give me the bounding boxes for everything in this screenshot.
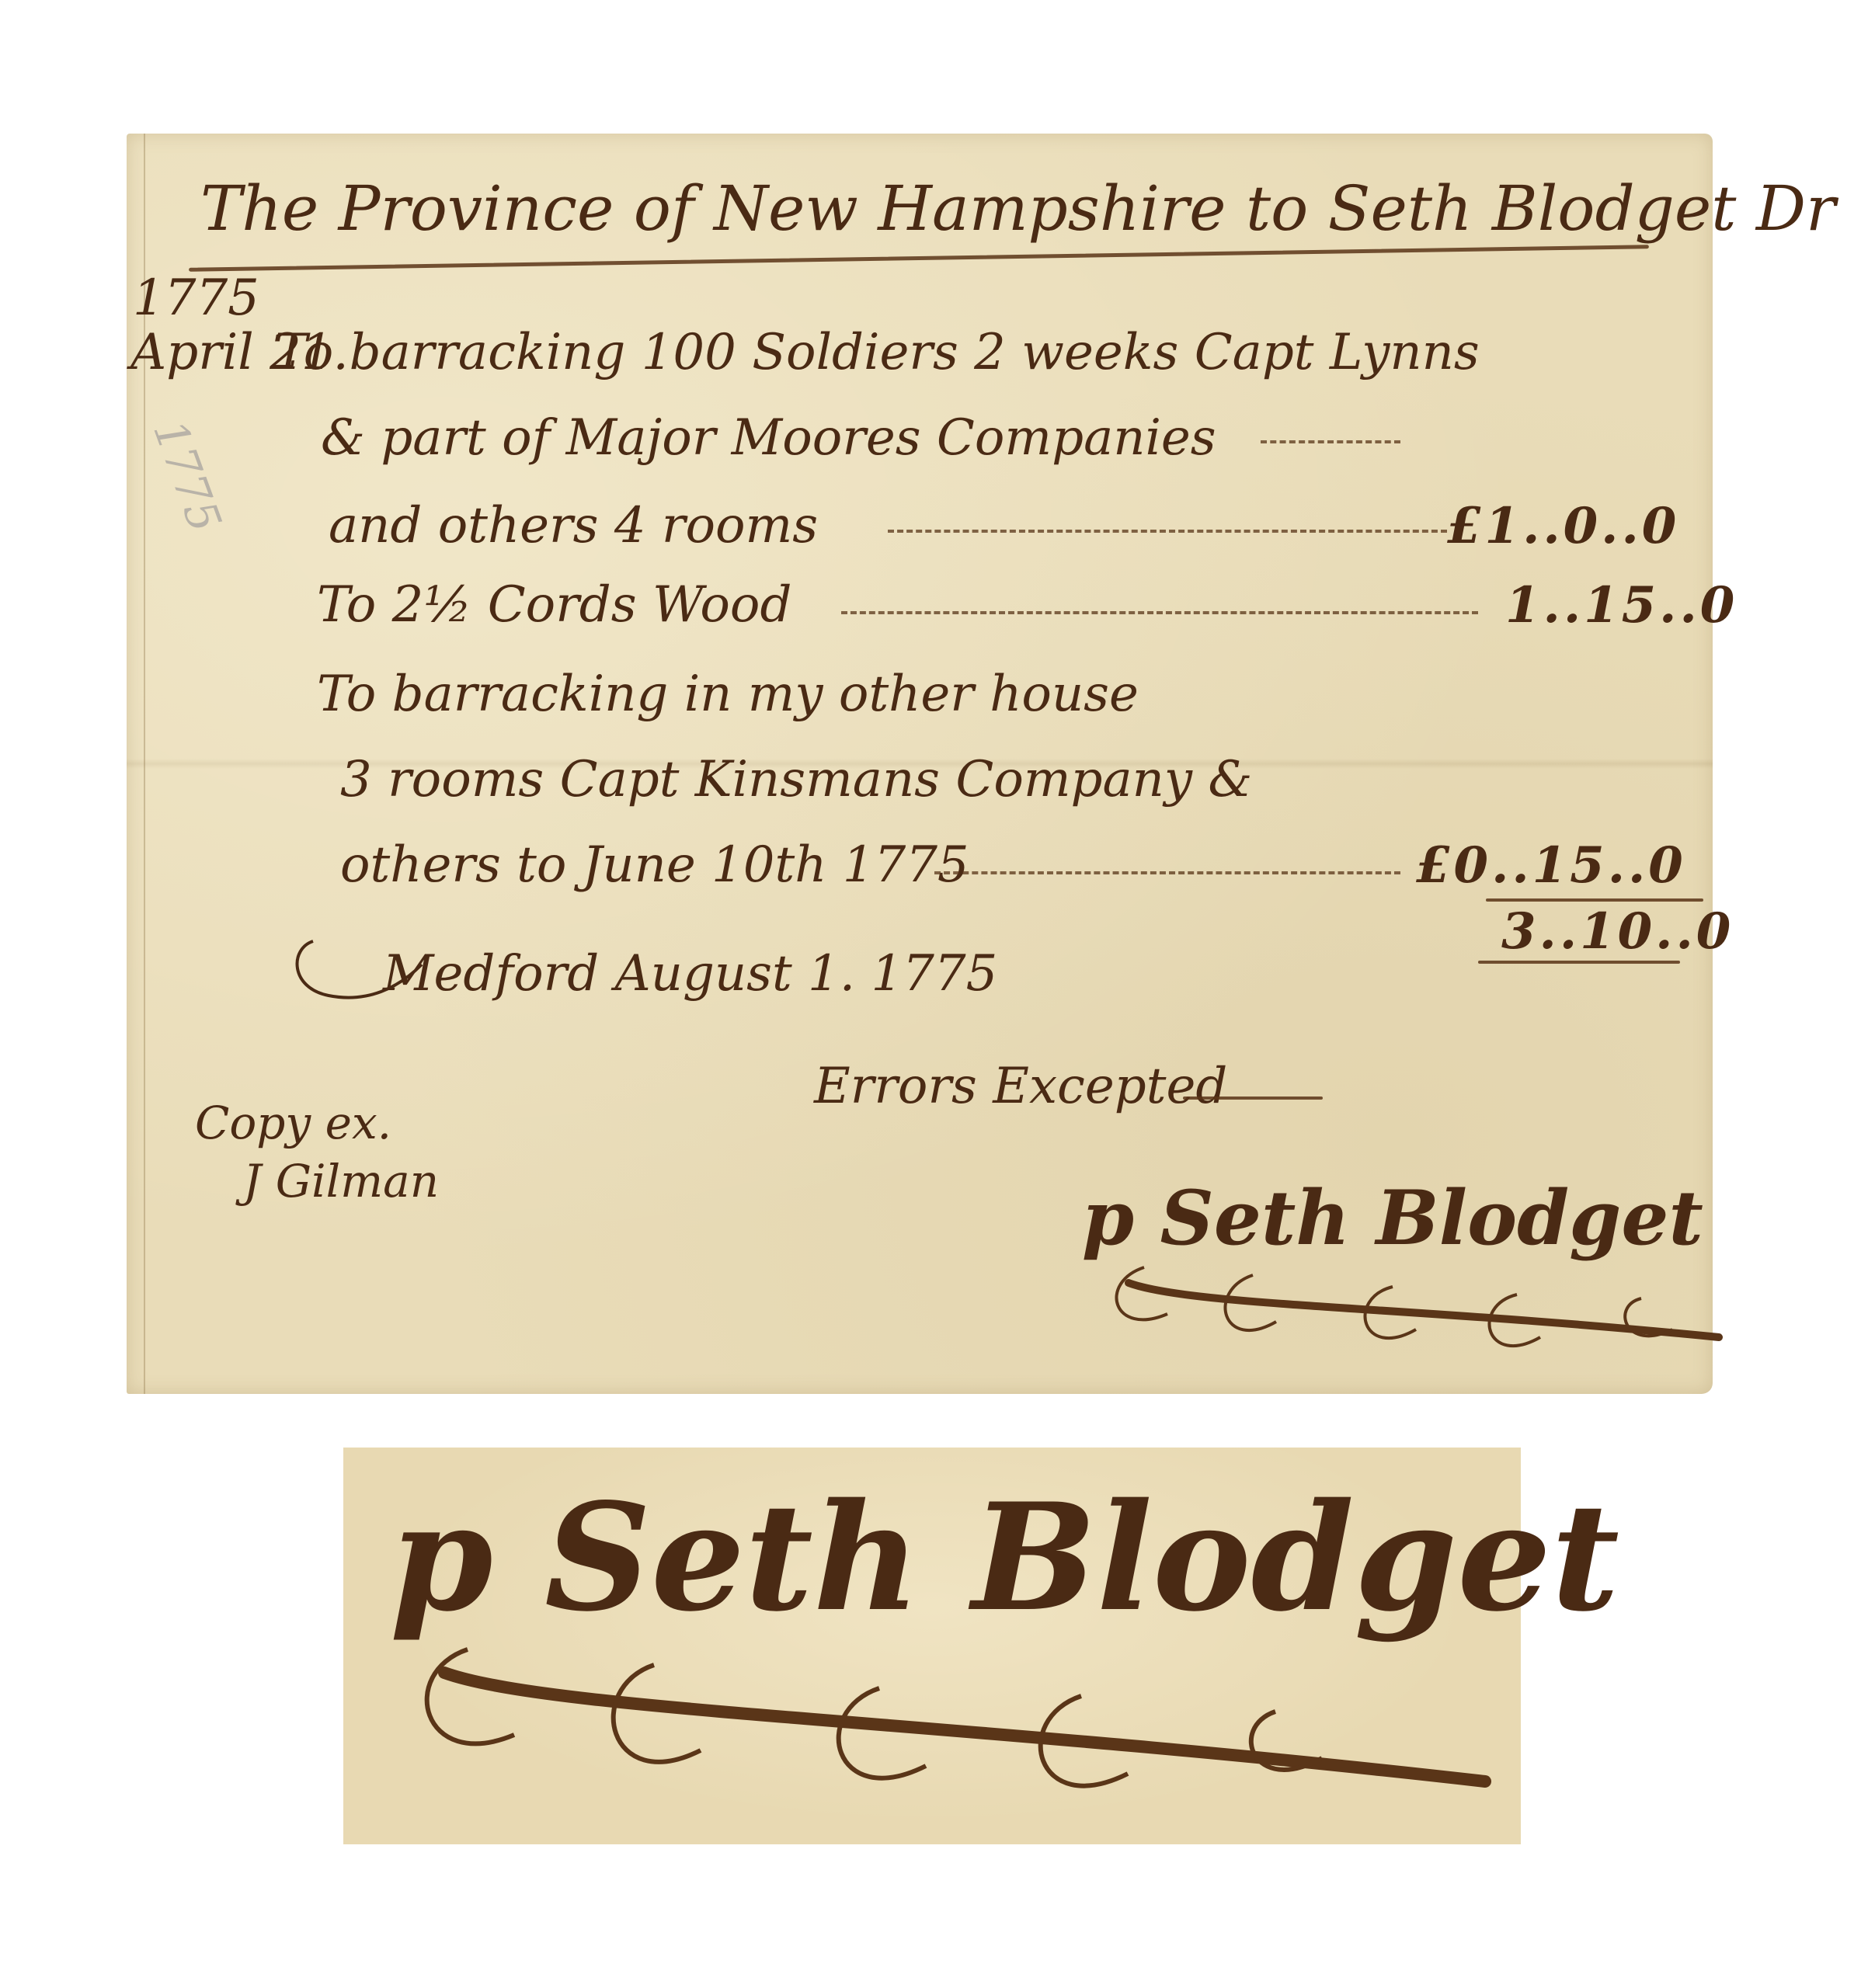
place-date: Medford August 1. 1775: [383, 945, 997, 1003]
signature: p Seth Blodget: [1082, 1174, 1703, 1262]
errors-excepted: Errors Excepted: [814, 1058, 1227, 1115]
leader-dash: [1261, 440, 1400, 443]
copy-note-line-2: J Gilman: [243, 1155, 439, 1208]
total-rule: [1478, 961, 1680, 964]
document-header: The Province of New Hampshire to Seth Bl…: [200, 172, 1835, 245]
entry-3-line-3: others to June 10th 1775: [340, 836, 969, 894]
entry-3-line-1: To barracking in my other house: [317, 666, 1139, 723]
manuscript-page: The Province of New Hampshire to Seth Bl…: [127, 134, 1713, 1394]
signature-flourish-icon: [1097, 1252, 1734, 1392]
signature-detail-inset: p Seth Blodget: [343, 1448, 1521, 1844]
header-underline: [189, 245, 1649, 272]
flourish-icon: [282, 926, 437, 1019]
entry-1-line-1: To barracking 100 Soldiers 2 weeks Capt …: [274, 324, 1480, 381]
entry-1-line-3: and others 4 rooms: [329, 497, 818, 554]
subtotal-rule: [1486, 898, 1703, 902]
total-amount: 3..10..0: [1501, 902, 1734, 961]
entry-3-line-2: 3 rooms Capt Kinsmans Company &: [340, 751, 1252, 808]
closing-dash: [1183, 1097, 1323, 1100]
entry-2-amount: 1..15..0: [1505, 576, 1738, 634]
entry-2-line-1: To 2½ Cords Wood: [317, 576, 791, 634]
entry-1-amount: £1..0..0: [1447, 497, 1679, 555]
margin-pencil-note: 1775: [143, 413, 231, 539]
leader-dash: [841, 611, 1478, 614]
leader-dash: [888, 530, 1447, 533]
entry-3-amount: £0..15..0: [1416, 836, 1686, 895]
entry-1-line-2: & part of Major Moores Companies: [321, 409, 1216, 467]
copy-note-line-1: Copy ex.: [195, 1097, 391, 1149]
year-label: 1775: [133, 269, 259, 327]
inset-flourish-icon: [398, 1626, 1501, 1828]
leader-dash: [934, 871, 1400, 874]
inset-signature: p Seth Blodget: [390, 1471, 1619, 1644]
